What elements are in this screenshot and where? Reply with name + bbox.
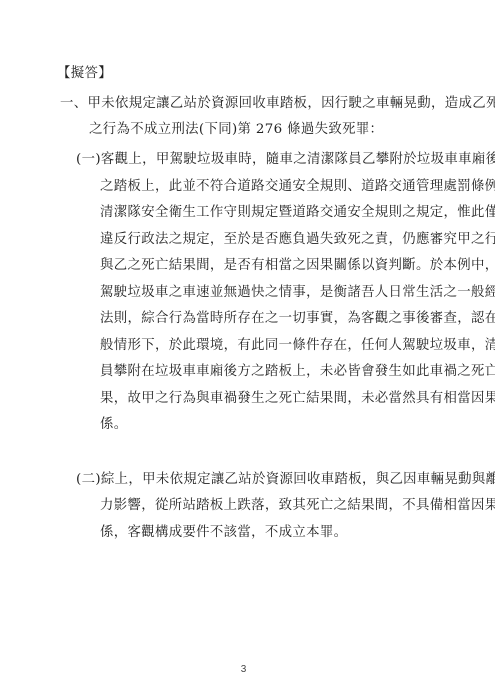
sub-1-line-2: 之踏板上，此並不符合道路交通安全規則、道路交通管理處罰條例及 [100,179,495,195]
sub-1-line-9: 員攀附在垃圾車車廂後方之踏板上，未必皆會發生如此車禍之死亡結 [100,364,495,380]
sub-1-line-1: (一)客觀上，甲駕駛垃圾車時，隨車之清潔隊員乙攀附於垃圾車車廂後方 [76,152,495,168]
sub-1-line-3: 清潔隊安全衛生工作守則規定暨道路交通安全規則之規定，惟此僅係 [100,205,495,221]
sub-2-line-2: 力影響，從所站踏板上跌落，致其死亡之結果間，不具備相當因果關 [100,498,495,514]
page-number: 3 [0,664,487,675]
sub-1-line-8: 般情形下，於此環境，有此同一條件存在，任何人駕駛垃圾車，清潔隊 [100,338,495,354]
sub-2-line-1: (二)綜上，甲未依規定讓乙站於資源回收車踏板，與乙因車輛晃動與離心 [76,472,495,488]
sub-2-line-3: 係，客觀構成要件不該當，不成立本罪。 [100,525,347,541]
sub-1-line-7: 法則，綜合行為當時所存在之一切事實，為客觀之事後審查，認在一 [100,311,495,327]
answer-heading: 【擬答】 [57,66,112,82]
sub-1-line-6: 駕駛垃圾車之車速並無過快之情事，是衡諸吾人日常生活之一般經驗 [100,285,495,301]
sub-1-line-11: 係。 [100,417,127,433]
section-1-line-2: 之行為不成立刑法(下同)第 276 條過失致死罪： [89,122,383,138]
sub-1-line-5: 與乙之死亡結果間，是否有相當之因果關係以資判斷。於本例中，甲 [100,258,495,274]
sub-1-line-10: 果，故甲之行為與車禍發生之死亡結果間，未必當然具有相當因果關 [100,391,495,407]
section-1-line-1: 一、甲未依規定讓乙站於資源回收車踏板，因行駛之車輛晃動，造成乙死亡 [60,96,495,112]
sub-1-line-4: 違反行政法之規定，至於是否應負過失致死之責，仍應審究甲之行為 [100,232,495,248]
document-page: 【擬答】 一、甲未依規定讓乙站於資源回收車踏板，因行駛之車輛晃動，造成乙死亡 之… [0,0,495,700]
